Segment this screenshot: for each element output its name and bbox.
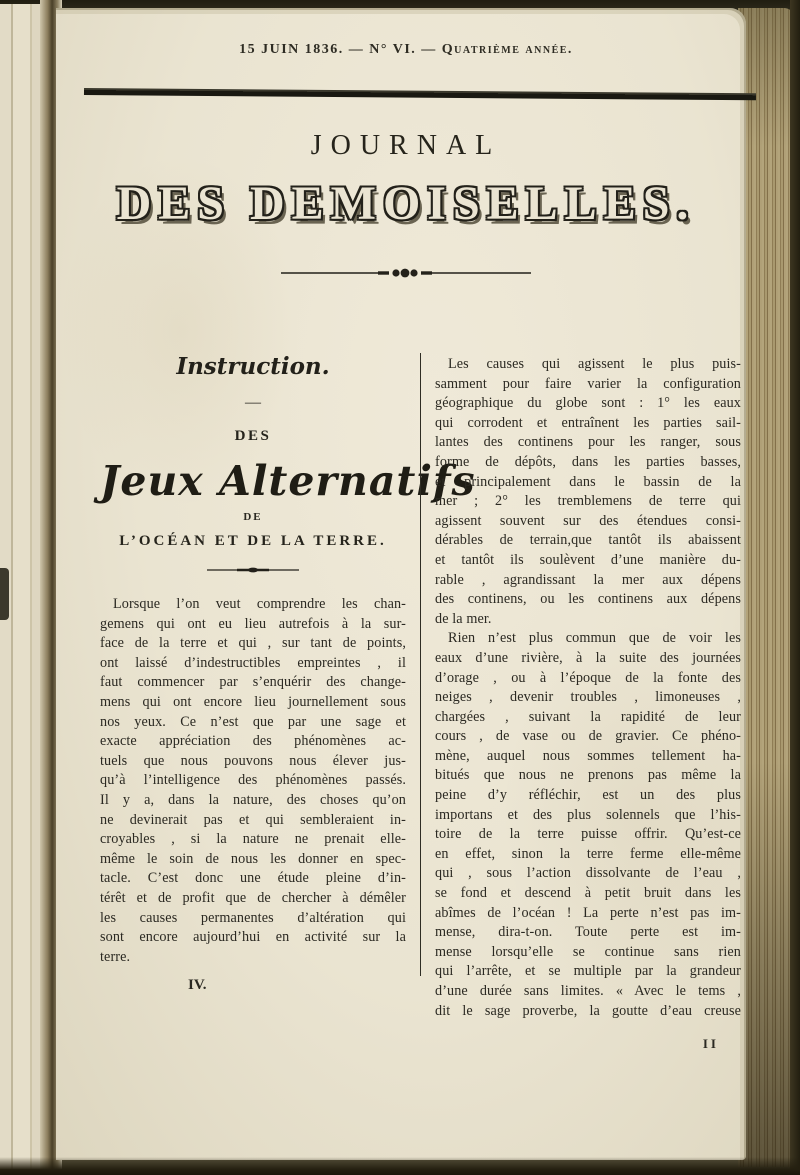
text-line: en effet, sinon la terre ferme elle-même: [435, 845, 741, 865]
page-stack-fore-edge: [738, 8, 794, 1167]
text-line: chargées , suivant la rapidité de leur: [435, 708, 741, 728]
text-line: exacte appréciation des phénomènes ac-: [100, 732, 406, 752]
tapered-rule-icon: [207, 565, 299, 575]
text-line: d’une durée sans limites. « Avec le tems…: [435, 982, 741, 1002]
text-line: abîmes de l’océan ! La perte n’est pas i…: [435, 904, 741, 924]
text-line: dérables de terrain,que tantôt ils abais…: [435, 531, 741, 551]
text-line: ont laissé d’indestructibles empreintes …: [100, 654, 406, 674]
left-column: Instruction. — DES Jeux Alternatifs DE L…: [100, 345, 406, 1052]
article-title: Jeux Alternatifs: [100, 457, 406, 505]
text-line: importans et des plus solennels que l’hi…: [435, 806, 741, 826]
text-line: Rien n’est plus commun que de voir les: [435, 629, 741, 649]
text-line: neiges , devenir troubles , limoneuses ,: [435, 688, 741, 708]
issue-dateline: 15 JUIN 1836. — N° VI. — Quatrième année…: [86, 42, 726, 58]
ornament-divider-icon: [281, 264, 531, 280]
text-line: même le soin de nous les donner en spec-: [100, 850, 406, 870]
text-line: peine d’y réfléchir, est un des plus: [435, 786, 741, 806]
text-line: se fond et descend à petit bruit dans le…: [435, 884, 741, 904]
column-divider-rule: [420, 353, 421, 976]
text-line: lantes des continens pour les ranger, so…: [435, 433, 741, 453]
text-line: nos yeux. Ce n’est que par une sage et: [100, 713, 406, 733]
text-line: ne devinerait pas et qui sembleraient in…: [100, 811, 406, 831]
text-line: toire de la terre puisse offrir. Qu’est-…: [435, 825, 741, 845]
masthead-rule: [84, 88, 756, 100]
text-line: agissent souvent sur des étendues consi-: [435, 512, 741, 532]
text-line: mène, auquel nous sommes tellement ha-: [435, 747, 741, 767]
left-column-body: Lorsque l’on veut comprendre les chan-ge…: [100, 595, 406, 967]
text-line: mense lorsqu’elle se continue sans rien: [435, 943, 741, 963]
text-line: gemens qui ont eu lieu autrefois à la su…: [100, 615, 406, 635]
right-column: Les causes qui agissent le plus puis-sam…: [435, 345, 741, 1052]
text-line: Lorsque l’on veut comprendre les chan-: [100, 595, 406, 615]
text-line: tuels que nous pouvons nous élever jus-: [100, 752, 406, 772]
text-line: croyables , si la nature ne prenait elle…: [100, 830, 406, 850]
signature-mark: IV.: [100, 977, 406, 994]
article-subtitle: L’OCÉAN ET DE LA TERRE.: [100, 533, 406, 550]
text-line: térêt et de profit que de chercher à dém…: [100, 889, 406, 909]
journal-page: 15 JUIN 1836. — N° VI. — Quatrième année…: [56, 8, 746, 1160]
book-cover-edge: [790, 0, 800, 1175]
text-line: face de la terre et qui , sur tant de po…: [100, 634, 406, 654]
text-line: forme de dépôts, dans les parties basses…: [435, 453, 741, 473]
bottom-shadow: [0, 1157, 800, 1175]
text-line: Il y a, dans la nature, des choses qu’on: [100, 791, 406, 811]
text-line: mer ; 2° les tremblemens de terre qui: [435, 492, 741, 512]
text-line: de la mer.: [435, 610, 741, 630]
section-heading: Instruction.: [100, 353, 406, 380]
text-line: rable , agrandissant la mer aux dépens: [435, 571, 741, 591]
heading-divider-dash: —: [100, 394, 406, 412]
text-line: dit le sage proverbe, la goutte d’eau cr…: [435, 1002, 741, 1022]
text-line: qui l’arrête, et se multiple par la gran…: [435, 962, 741, 982]
text-line: mens qui ont encore lieu journellement s…: [100, 693, 406, 713]
book-photo: 15 JUIN 1836. — N° VI. — Quatrième année…: [0, 0, 800, 1175]
text-line: les causes permanentes d’altération qui: [100, 909, 406, 929]
text-line: terre.: [100, 948, 406, 968]
text-line: qui corrodent et entraînent les parties …: [435, 414, 741, 434]
text-line: des continens, ou les continens aux dépe…: [435, 590, 741, 610]
text-line: sont encore aujourd’hui en activité sur …: [100, 928, 406, 948]
tapered-rule: [100, 562, 406, 580]
text-line: qui , sous l’action dissolvante de l’eau…: [435, 864, 741, 884]
right-column-paragraph-1: Les causes qui agissent le plus puis-sam…: [435, 355, 741, 629]
ornament-divider: [86, 264, 726, 285]
text-line: et tantôt ils soulèvent d’une manière du…: [435, 551, 741, 571]
text-line: qu’à l’intelligence des phénomènes passé…: [100, 771, 406, 791]
text-line: Les causes qui agissent le plus puis-: [435, 355, 741, 375]
text-line: mense, dira-t-on. Toute perte est im-: [435, 923, 741, 943]
right-column-paragraph-2: Rien n’est plus commun que de voir lesea…: [435, 629, 741, 1021]
text-line: bitués que nous ne prenons pas même la: [435, 766, 741, 786]
text-line: faut commencer par s’enquérir des change…: [100, 673, 406, 693]
page-number: II: [435, 1036, 741, 1052]
text-line: cours , de vase ou de gravier. Ce phéno-: [435, 727, 741, 747]
article-title-prefix: DES: [100, 428, 406, 445]
text-line: et principalement dans le bassin de la: [435, 473, 741, 493]
binding-mark: [0, 568, 9, 620]
text-line: d’orage , ou à l’époque de la fonte des: [435, 669, 741, 689]
article-subtitle-prefix: DE: [100, 511, 406, 523]
two-column-layout: Instruction. — DES Jeux Alternatifs DE L…: [100, 345, 742, 1052]
text-line: tacle. C’est donc une étude pleine d’in-: [100, 869, 406, 889]
text-line: samment pour faire varier la configurati…: [435, 375, 741, 395]
text-line: eaux d’une rivière, à la suite des journ…: [435, 649, 741, 669]
journal-title-line2: DES DEMOISELLES.: [70, 176, 742, 231]
text-line: géographique du globe sont : 1° les eaux: [435, 394, 741, 414]
journal-title-line1: JOURNAL: [86, 130, 726, 162]
